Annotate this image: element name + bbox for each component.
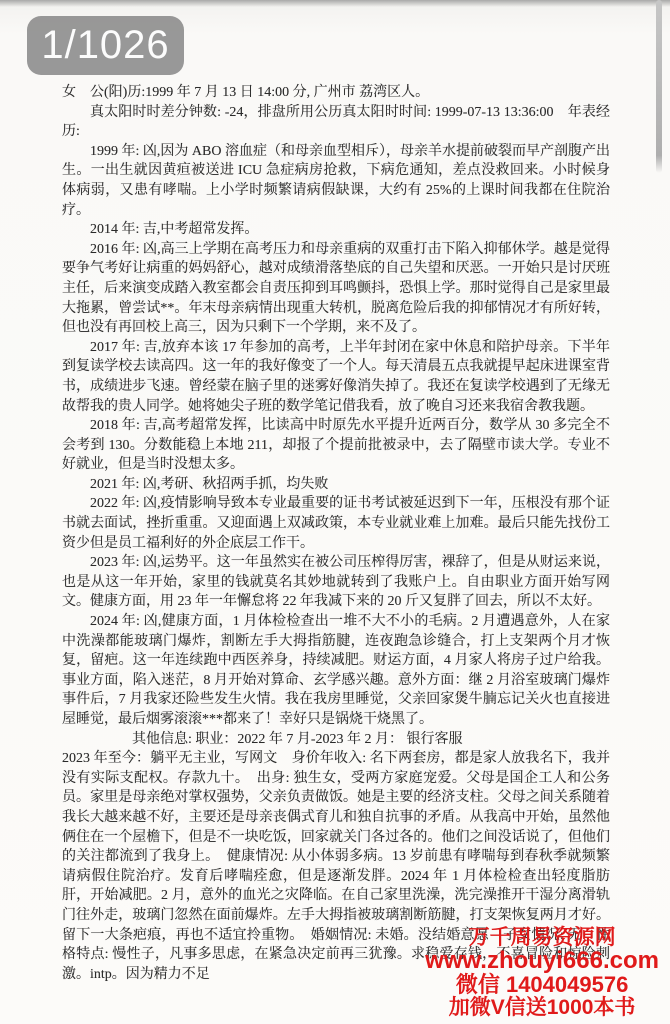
- year-entry-1999: 1999 年: 凶,因为 ABO 溶血症（和母亲血型相斥），母亲羊水提前破裂而早…: [62, 142, 610, 220]
- scrollbar-thumb[interactable]: [656, 0, 662, 173]
- page-indicator-badge: 1/1026: [27, 16, 184, 75]
- document-body: 女 公(阳)历:1999 年 7 月 13 日 14:00 分, 广州市 荔湾区…: [62, 83, 610, 984]
- watermark-site-url: www.zhouyi666.com: [425, 949, 659, 973]
- watermark: 万千周易资源网 www.zhouyi666.com 微信 1404049576 …: [425, 926, 659, 1019]
- watermark-promo: 加微V信送1000本书: [425, 996, 659, 1019]
- photo-top-edge-shadow: [0, 0, 670, 7]
- year-entry-2023: 2023 年: 凶,运势平。这一年虽然实在被公司压榨得厉害，裸辞了，但是从财运来…: [62, 553, 610, 612]
- year-entry-2017: 2017 年: 吉,放弃本该 17 年参加的高考，上半年封闭在家中休息和陪护母亲…: [62, 338, 610, 416]
- page-indicator-label: 1/1026: [41, 23, 169, 68]
- year-entry-2021: 2021 年: 凶,考研、秋招两手抓，均失败: [62, 475, 610, 495]
- year-entry-2018: 2018 年: 吉,高考超常发挥，比读高中时原先水平提升近两百分，数学从 30 …: [62, 416, 610, 475]
- year-entry-2024: 2024 年: 凶,健康方面，1 月体检检查出一堆不大不小的毛病。2 月遭遇意外…: [62, 612, 610, 730]
- year-entry-2016: 2016 年: 凶,高三上学期在高考压力和母亲重病的双重打击下陷入抑郁休学。越是…: [62, 240, 610, 338]
- solar-time-line: 真太阳时时差分钟数: -24，排盘所用公历真太阳时时间: 1999-07-13 …: [62, 103, 610, 142]
- birth-info-line: 女 公(阳)历:1999 年 7 月 13 日 14:00 分, 广州市 荔湾区…: [62, 83, 610, 103]
- year-entry-2014: 2014 年: 吉,中考超常发挥。: [62, 220, 610, 240]
- watermark-site-name: 万千周易资源网: [425, 926, 659, 949]
- other-info-heading: 其他信息: 职业：2022 年 7 月-2023 年 2 月： 银行客服: [62, 730, 610, 750]
- watermark-wechat-id: 微信 1404049576: [425, 973, 659, 996]
- year-entry-2022: 2022 年: 凶,疫情影响导致本专业最重要的证书考试被延迟到下一年，压根没有那…: [62, 494, 610, 553]
- document-page-photo: 1/1026 女 公(阳)历:1999 年 7 月 13 日 14:00 分, …: [0, 0, 670, 1024]
